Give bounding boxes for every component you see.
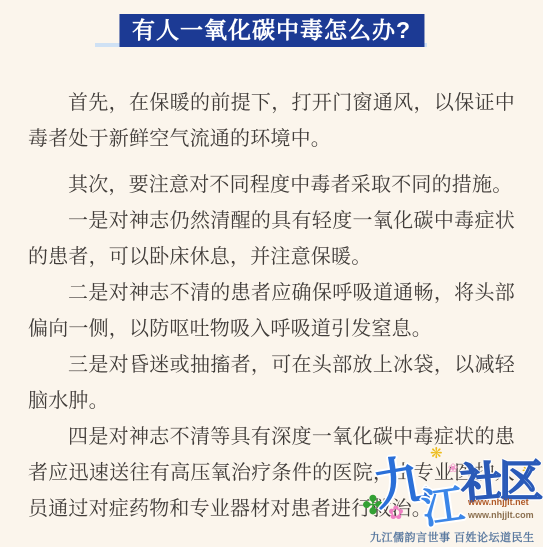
logo-char-jiang: 江: [419, 483, 466, 530]
watermark-url-net: www.nhjjlt.net: [468, 496, 534, 509]
paragraph-step-2-unconscious-airway: 二是对神志不清的患者应确保呼吸道通畅，将头部偏向一侧，以防呕吐物吸入呼吸道引发窒…: [28, 275, 515, 347]
pink-flower-small-icon: ❀: [448, 462, 458, 474]
paragraph-different-measures: 其次，要注意对不同程度中毒者采取不同的措施。: [28, 167, 515, 203]
yellow-flower-icon: ❋: [430, 446, 443, 461]
jiujiang-community-watermark: ✤ ✿ ❋ ❀ ❋ 九 江 社 区 www.nhjjlt.net www.nhj…: [360, 452, 543, 547]
page-title: 有人一氧化碳中毒怎么办?: [119, 14, 424, 47]
watermark-urls: www.nhjjlt.net www.nhjjlt.com: [468, 496, 534, 522]
watermark-url-com: www.nhjjlt.com: [468, 509, 534, 522]
infographic-page: 有人一氧化碳中毒怎么办? 首先，在保暖的前提下，打开门窗通风，以保证中毒者处于新…: [0, 0, 543, 547]
paragraph-ventilation: 首先，在保暖的前提下，打开门窗通风，以保证中毒者处于新鲜空气流通的环境中。: [28, 85, 515, 157]
watermark-tagline: 九江儒韵言世事 百姓论坛道民生: [370, 529, 535, 545]
paragraph-step-3-coma-ice-bag: 三是对昏迷或抽搐者，可在头部放上冰袋，以减轻脑水肿。: [28, 347, 515, 419]
paragraph-step-1-mild-symptoms: 一是对神志仍然清醒的具有轻度一氧化碳中毒症状的患者，可以卧床休息，并注意保暖。: [28, 203, 515, 275]
